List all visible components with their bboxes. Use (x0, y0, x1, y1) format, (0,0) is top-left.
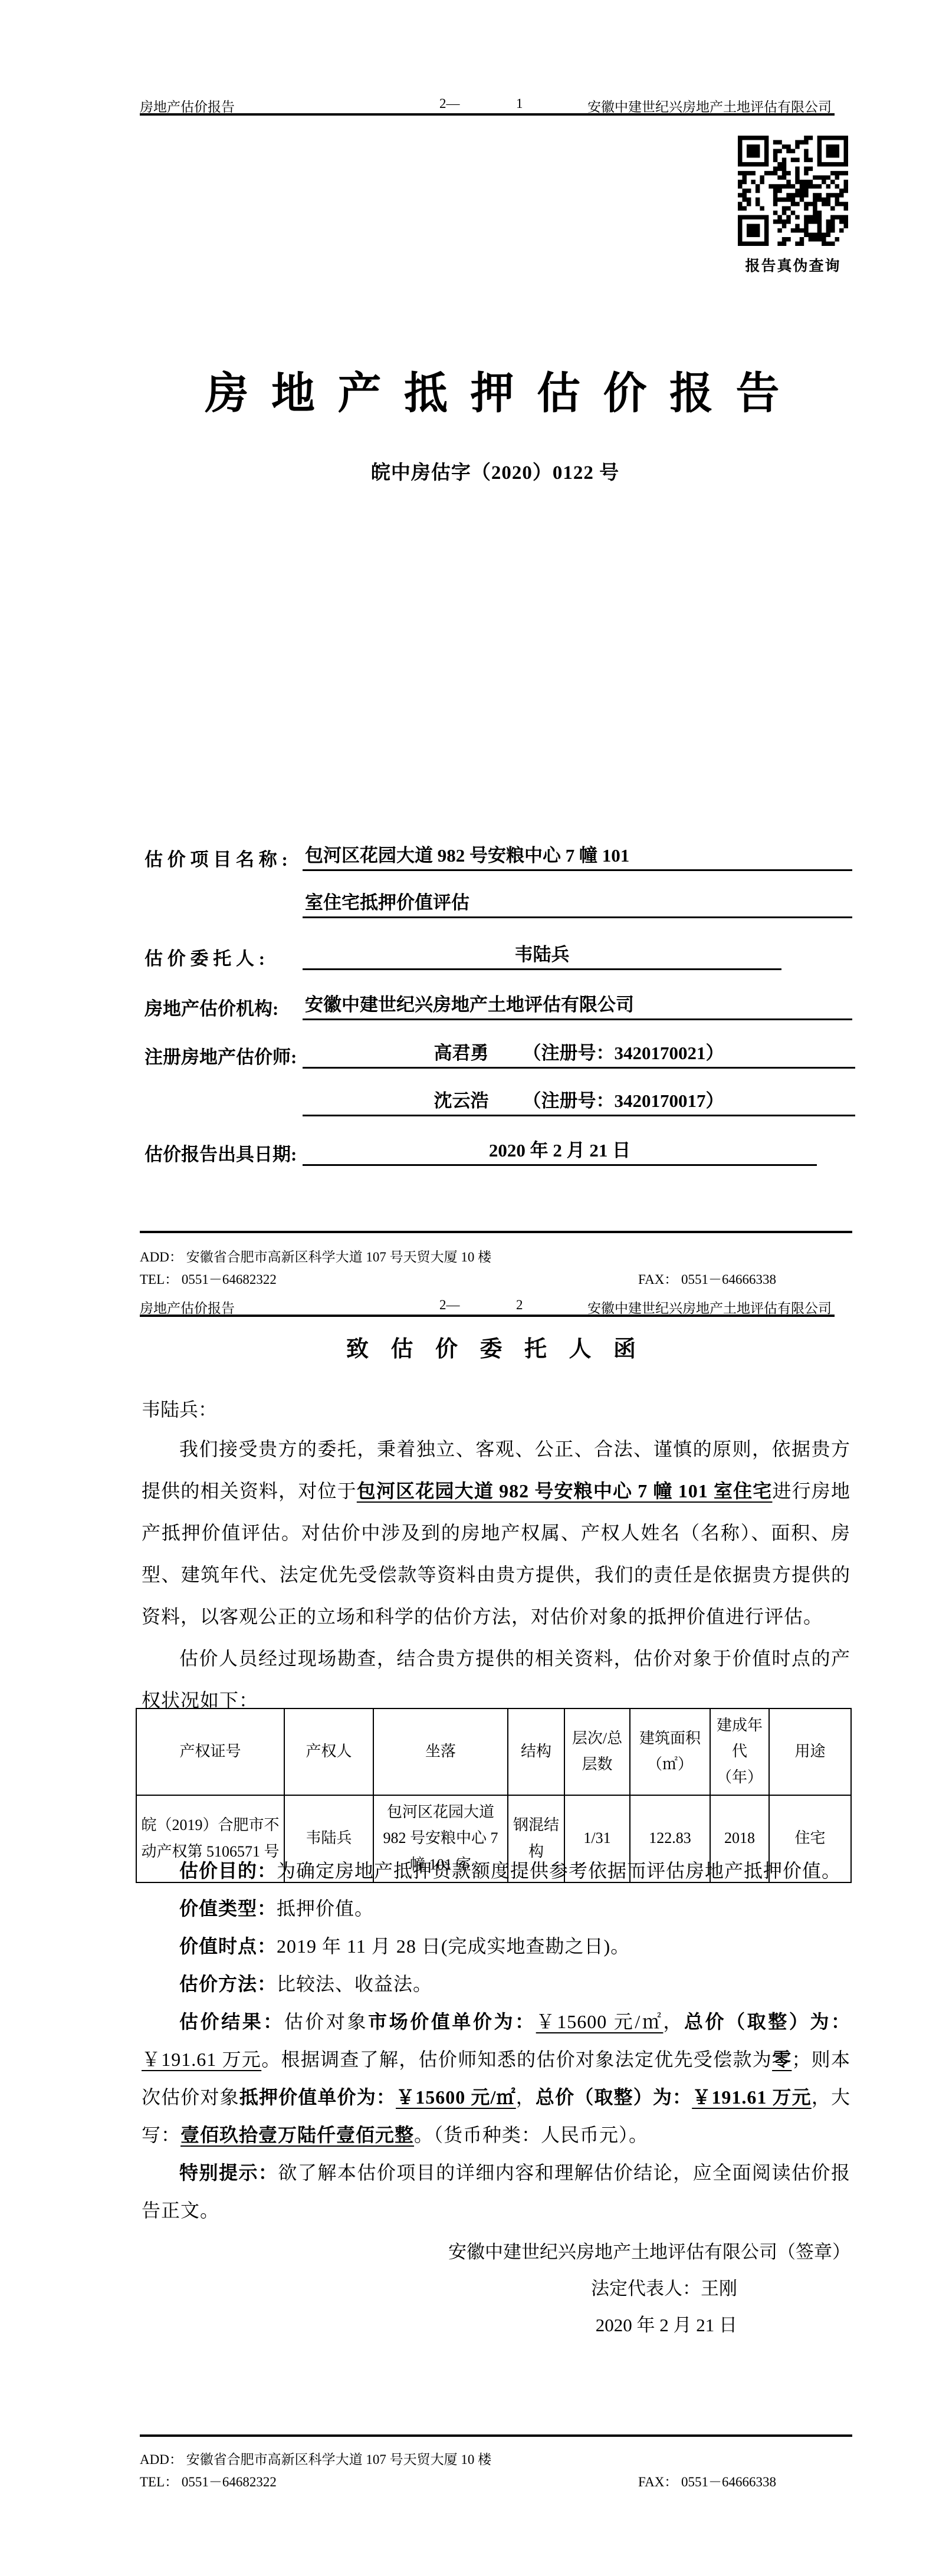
item-value-type: 价值类型：抵押价值。 (142, 1890, 850, 1927)
header-page-number: 1 (516, 96, 523, 111)
footer-rule (140, 2434, 852, 2437)
col-year-built: 建成年代（年） (710, 1708, 769, 1795)
report-number: 皖中房估字（2020）0122 号 (140, 457, 850, 485)
agency-value: 安徽中建世纪兴房地产土地评估有限公司 (303, 990, 852, 1020)
footer-address-text: ADD： 安徽省合肥市高新区科学大道 107 号天贸大厦 10 楼 (140, 1250, 491, 1264)
item-special-note: 特别提示：欲了解本估价项目的详细内容和理解估价结论，应全面阅读估价报告正文。 (142, 2154, 850, 2229)
table-header-row: 产权证号 产权人 坐落 结构 层次/总层数 建筑面积（㎡） 建成年代（年） 用途 (136, 1708, 851, 1795)
footer-tel: TEL： 0551－64682322 (140, 2475, 277, 2489)
project-name-label: 估 价 项 目 名 称 : (144, 845, 303, 871)
appraiser-1-name: 高君勇 (434, 1038, 489, 1064)
footer-fax: FAX： 0551－64666338 (638, 1269, 776, 1288)
form-row-agency: 房地产估价机构: 安徽中建世纪兴房地产土地评估有限公司 (144, 990, 852, 1020)
footer-rule (140, 1231, 852, 1233)
appraiser-label: 注册房地产估价师: (144, 1042, 303, 1069)
footer-address: ADD： 安徽省合肥市高新区科学大道 107 号天贸大厦 10 楼 (140, 2449, 852, 2468)
item-value-date: 价值时点：2019 年 11 月 28 日(完成实地查勘之日)。 (142, 1927, 850, 1965)
form-row-project-line2: 室住宅抵押价值评估 (144, 888, 852, 918)
appraiser-2-name: 沈云浩 (434, 1086, 489, 1112)
footer-tel: TEL： 0551－64682322 (140, 1272, 277, 1287)
appraiser-1-value: 高君勇 （注册号：3420170021） (303, 1038, 855, 1069)
salutation: 韦陆兵： (142, 1395, 217, 1422)
footer-tel-fax: TEL： 0551－64682322 FAX： 0551－64666338 (140, 2471, 852, 2490)
footer-address: ADD： 安徽省合肥市高新区科学大道 107 号天贸大厦 10 楼 (140, 1246, 852, 1266)
signature-legal-rep: 法定代表人：王刚 (140, 2271, 737, 2307)
issue-date-value: 2020 年 2 月 21 日 (303, 1135, 817, 1166)
header-page-prefix: 2— (439, 96, 460, 111)
footer-tel-fax: TEL： 0551－64682322 FAX： 0551－64666338 (140, 1269, 852, 1288)
qr-block: 报告真伪查询 (738, 136, 848, 275)
letter-body: 我们接受贵方的委托，秉着独立、客观、公正、合法、谨慎的原则，依据贵方提供的相关资… (142, 1428, 850, 1721)
col-owner: 产权人 (284, 1708, 373, 1795)
project-name-value-line1: 包河区花园大道 982 号安粮中心 7 幢 101 (303, 840, 852, 871)
header-rule (140, 113, 835, 116)
agency-label: 房地产估价机构: (144, 994, 303, 1020)
signature-block: 安徽中建世纪兴房地产土地评估有限公司（签章） 法定代表人：王刚 2020 年 2… (140, 2234, 850, 2344)
appraiser-2-reg-no: （注册号：3420170017） (523, 1086, 724, 1112)
project-name-value-line2: 室住宅抵押价值评估 (303, 888, 852, 918)
item-result: 估价结果：估价对象市场价值单价为：￥15600 元/㎡，总价（取整）为：￥191… (142, 2003, 850, 2154)
footer-address-text: ADD： 安徽省合肥市高新区科学大道 107 号天贸大厦 10 楼 (140, 2452, 491, 2467)
header-page-prefix: 2— (439, 1297, 460, 1313)
form-row-client: 估 价 委 托 人 : 韦陆兵 (144, 939, 781, 970)
appraiser-1-reg-no: （注册号：3420170021） (523, 1038, 724, 1064)
footer-fax: FAX： 0551－64666338 (638, 2471, 776, 2490)
page-1-cover: 房地产估价报告 2— 1 安徽中建世纪兴房地产土地评估有限公司 报告真伪查询 房… (0, 0, 936, 1288)
signature-date: 2020 年 2 月 21 日 (140, 2307, 737, 2344)
header-rule (140, 1315, 835, 1317)
issue-date-label: 估价报告出具日期: (144, 1139, 303, 1166)
col-location: 坐落 (373, 1708, 508, 1795)
letter-title: 致 估 价 委 托 人 函 (140, 1330, 850, 1363)
col-use: 用途 (769, 1708, 851, 1795)
header-page-number: 2 (516, 1297, 523, 1313)
qr-code-icon (738, 136, 848, 246)
page-2-letter: 房地产估价报告 2— 2 安徽中建世纪兴房地产土地评估有限公司 致 估 价 委 … (0, 1288, 936, 2576)
col-area: 建筑面积（㎡） (630, 1708, 710, 1795)
item-purpose: 估价目的：为确定房地产抵押贷款额度提供参考依据而评估房地产抵押价值。 (142, 1852, 850, 1890)
col-structure: 结构 (508, 1708, 564, 1795)
report-title: 房 地 产 抵 押 估 价 报 告 (140, 359, 850, 421)
form-row-project: 估 价 项 目 名 称 : 包河区花园大道 982 号安粮中心 7 幢 101 (144, 840, 852, 871)
paragraph-entrustment: 我们接受贵方的委托，秉着独立、客观、公正、合法、谨慎的原则，依据贵方提供的相关资… (142, 1428, 850, 1638)
appraisal-items: 估价目的：为确定房地产抵押贷款额度提供参考依据而评估房地产抵押价值。 价值类型：… (142, 1852, 850, 2229)
form-row-appraiser-1: 注册房地产估价师: 高君勇 （注册号：3420170021） (144, 1038, 855, 1069)
form-row-issue-date: 估价报告出具日期: 2020 年 2 月 21 日 (144, 1135, 817, 1166)
signature-company: 安徽中建世纪兴房地产土地评估有限公司（签章） (140, 2234, 850, 2271)
col-floor: 层次/总层数 (564, 1708, 630, 1795)
appraiser-2-value: 沈云浩 （注册号：3420170017） (303, 1086, 855, 1116)
client-label: 估 价 委 托 人 : (144, 944, 303, 970)
client-value: 韦陆兵 (303, 939, 781, 970)
qr-verify-label: 报告真伪查询 (738, 254, 848, 275)
col-certificate-no: 产权证号 (136, 1708, 284, 1795)
appraisal-report-document: 房地产估价报告 2— 1 安徽中建世纪兴房地产土地评估有限公司 报告真伪查询 房… (0, 0, 936, 2576)
form-row-appraiser-2: 沈云浩 （注册号：3420170017） (144, 1086, 855, 1116)
item-method: 估价方法：比较法、收益法。 (142, 1965, 850, 2003)
